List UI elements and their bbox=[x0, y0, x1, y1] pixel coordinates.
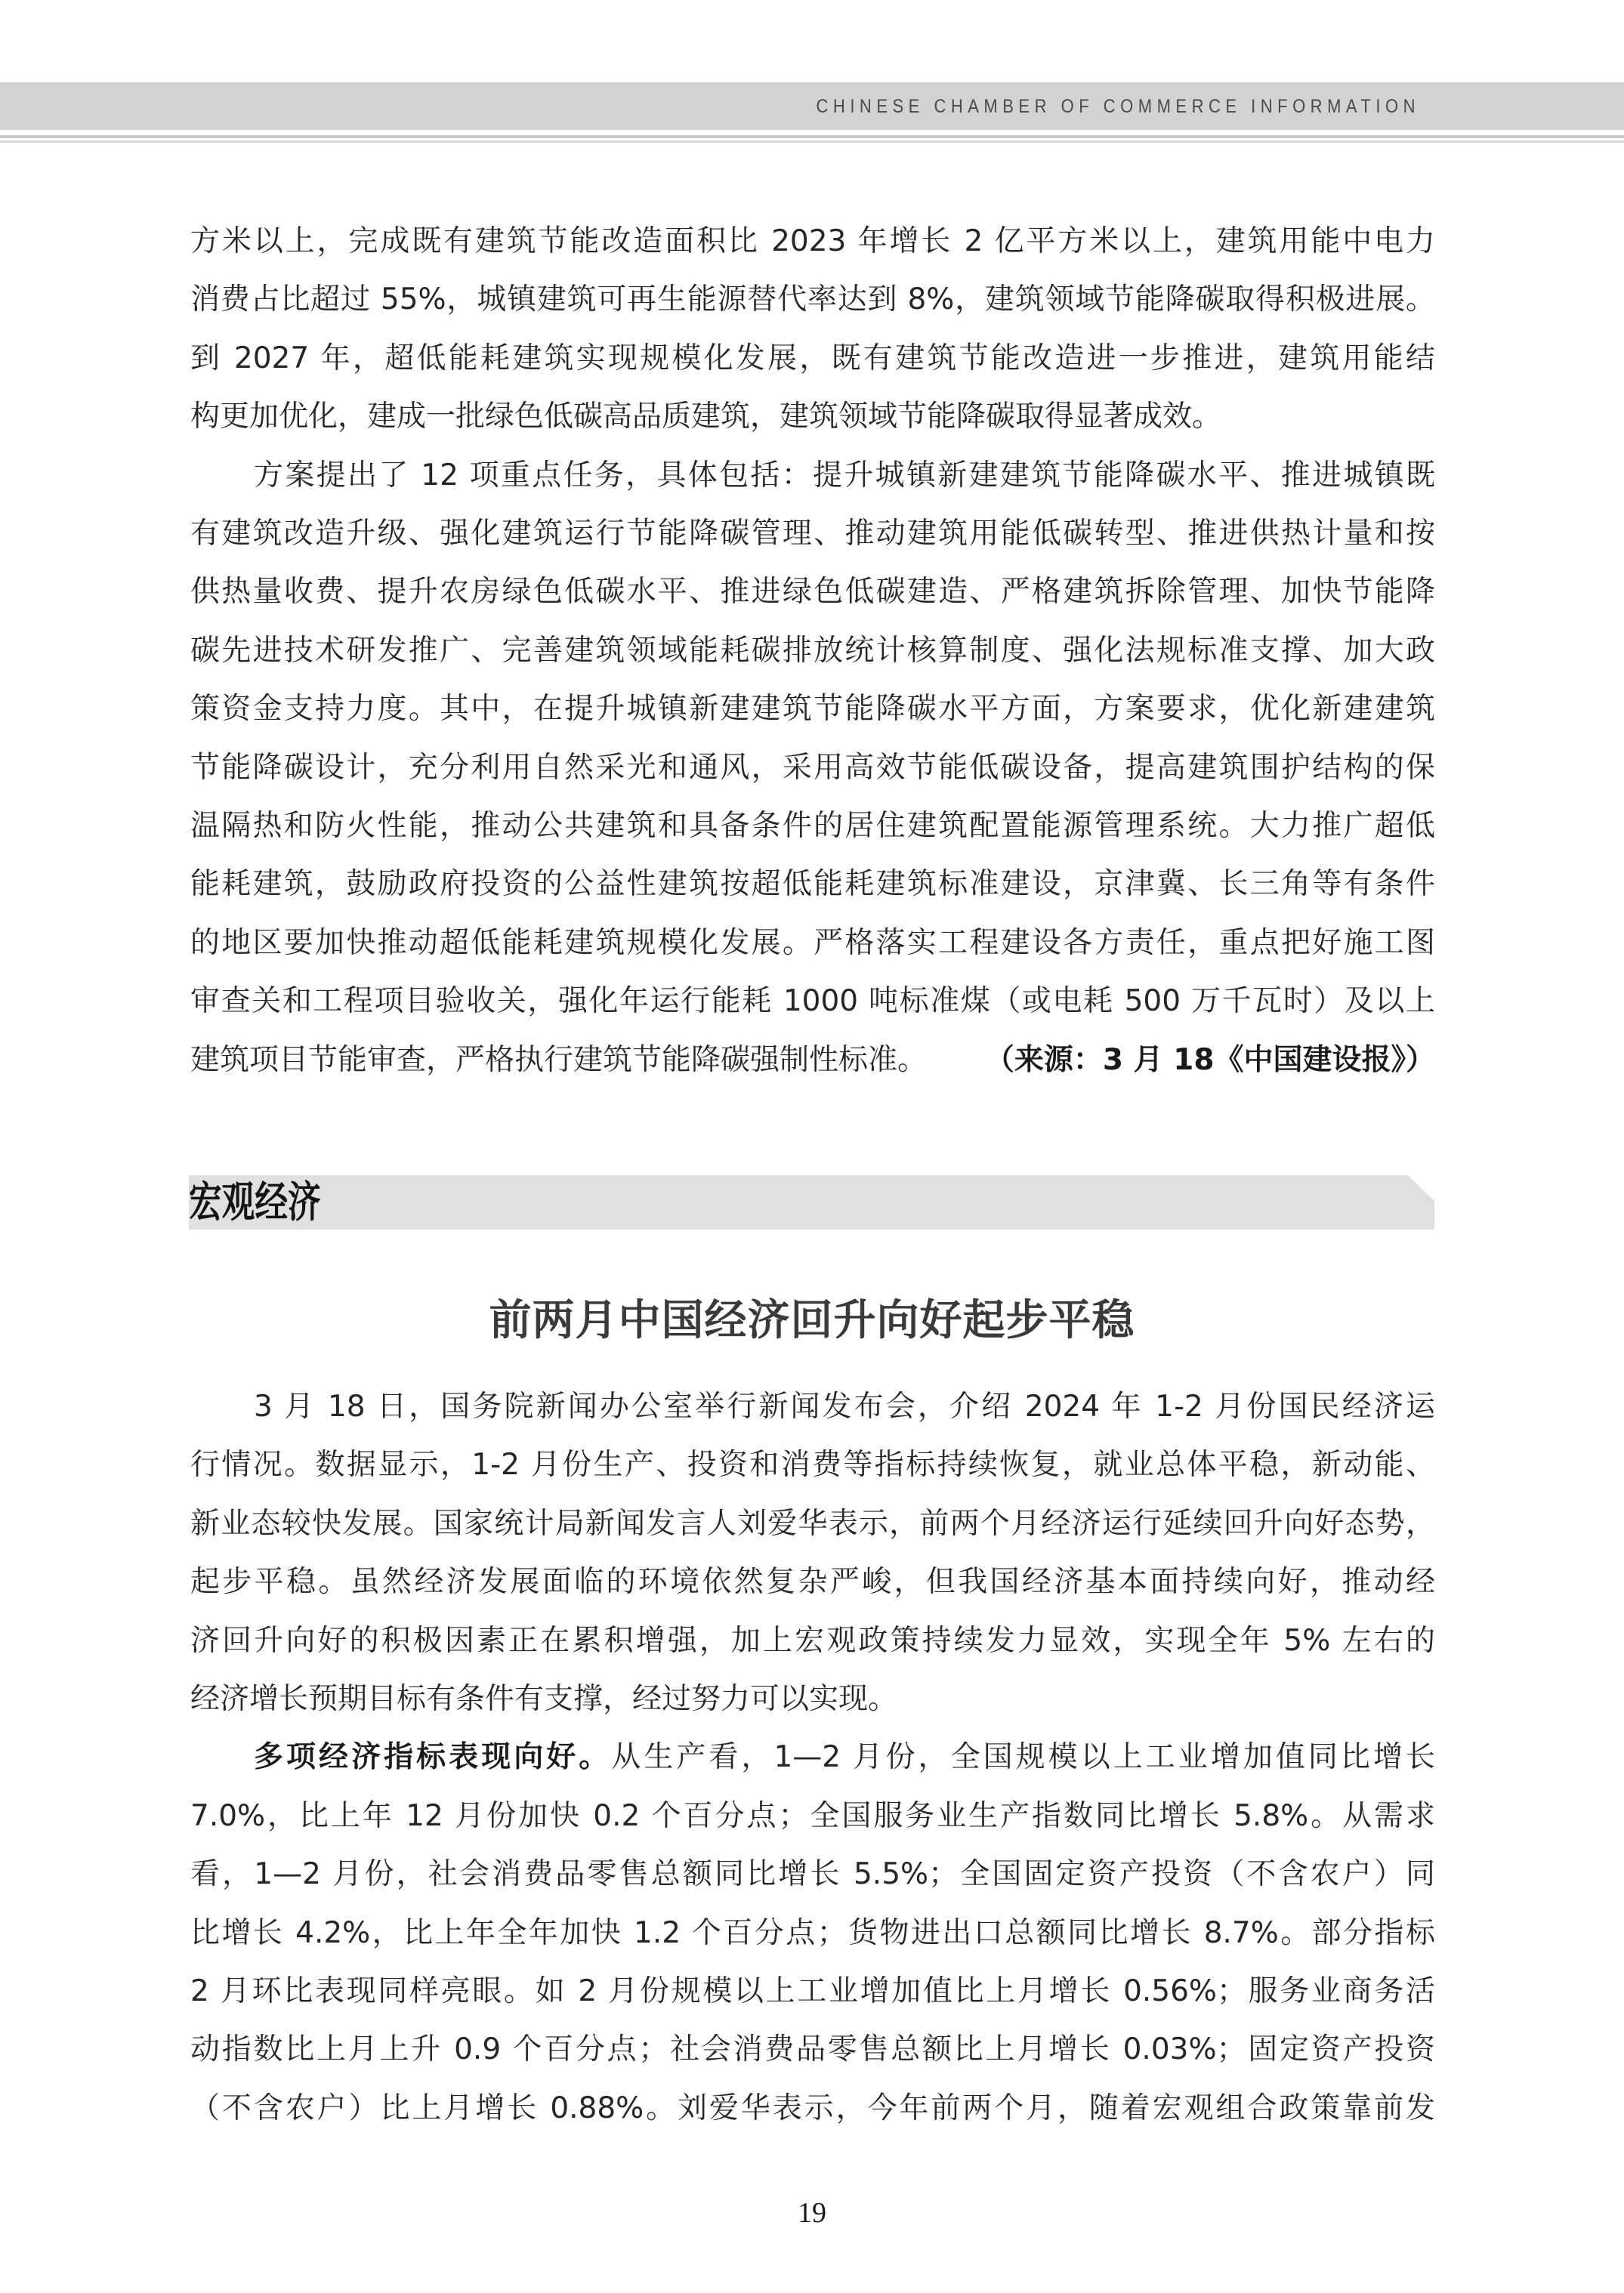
text-line: 能耗建筑，鼓励政府投资的公益性建筑按超低能耗建筑标准建设，京津冀、长三角等有条件 bbox=[190, 866, 1435, 903]
header-rule-bottom bbox=[0, 140, 1624, 143]
text-line: 2 月环比表现同样亮眼。如 2 月份规模以上工业增加值比上月增长 0.56%；服… bbox=[190, 1973, 1435, 2011]
text-line: 起步平稳。虽然经济发展面临的环境依然复杂严峻，但我国经济基本面持续向好，推动经 bbox=[190, 1563, 1435, 1601]
text-line: 行情况。数据显示，1-2 月份生产、投资和消费等指标持续恢复，就业总体平稳，新动… bbox=[190, 1446, 1435, 1484]
text-line: 方米以上，完成既有建筑节能改造面积比 2023 年增长 2 亿平方米以上，建筑用… bbox=[190, 223, 1435, 261]
text-line: 动指数比上月上升 0.9 个百分点；社会消费品零售总额比上月增长 0.03%；固… bbox=[190, 2031, 1435, 2069]
text-line: 审查关和工程项目验收关，强化年运行能耗 1000 吨标准煤（或电耗 500 万千… bbox=[190, 983, 1435, 1020]
text-line: 新业态较快发展。国家统计局新闻发言人刘爱华表示，前两个月经济运行延续回升向好态势… bbox=[190, 1505, 1435, 1543]
running-header-title: CHINESE CHAMBER OF COMMERCE INFORMATION bbox=[808, 91, 1420, 122]
source-citation: （来源：3 月 18《中国建设报》） bbox=[190, 1042, 1435, 1079]
text-line: 的地区要加快推动超低能耗建筑规模化发展。严格落实工程建设各方责任，重点把好施工图 bbox=[190, 924, 1435, 962]
header-rule-top bbox=[0, 135, 1624, 138]
text-run: 从生产看，1—2 月份，全国规模以上工业增加值同比增长 bbox=[611, 1740, 1435, 1774]
page-number: 19 bbox=[0, 2196, 1624, 2230]
text-line: 温隔热和防火性能，推动公共建筑和具备条件的居住建筑配置能源管理系统。大力推广超低 bbox=[190, 807, 1435, 845]
section-header-band bbox=[189, 1175, 1434, 1230]
article-title: 前两月中国经济回升向好起步平稳 bbox=[0, 1298, 1624, 1344]
text-line: （不含农户）比上月增长 0.88%。刘爱华表示，今年前两个月，随着宏观组合政策靠… bbox=[190, 2090, 1435, 2128]
text-line: 济回升向好的积极因素正在累积增强，加上宏观政策持续发力显效，实现全年 5% 左右… bbox=[190, 1622, 1435, 1660]
text-line: 经济增长预期目标有条件有支撑，经过努力可以实现。 bbox=[190, 1680, 1435, 1718]
bold-lead: 多项经济指标表现向好。 bbox=[254, 1740, 611, 1774]
text-line: 看，1—2 月份，社会消费品零售总额同比增长 5.5%；全国固定资产投资（不含农… bbox=[190, 1856, 1435, 1893]
section-title: 宏观经济 bbox=[189, 1175, 321, 1230]
text-line: 到 2027 年，超低能耗建筑实现规模化发展，既有建筑节能改造进一步推进，建筑用… bbox=[190, 340, 1435, 378]
text-line: 消费占比超过 55%，城镇建筑可再生能源替代率达到 8%，建筑领域节能降碳取得积… bbox=[190, 281, 1435, 319]
text-line: 供热量收费、提升农房绿色低碳水平、推进绿色低碳建造、严格建筑拆除管理、加快节能降 bbox=[190, 573, 1435, 611]
text-line: 方案提出了 12 项重点任务，具体包括：提升城镇新建建筑节能降碳水平、推进城镇既 bbox=[254, 457, 1435, 495]
text-line: 比增长 4.2%，比上年全年加快 1.2 个百分点；货物进出口总额同比增长 8.… bbox=[190, 1915, 1435, 1952]
text-line: 多项经济指标表现向好。从生产看，1—2 月份，全国规模以上工业增加值同比增长 bbox=[254, 1739, 1435, 1776]
text-line: 节能降碳设计，充分利用自然采光和通风，采用高效节能低碳设备，提高建筑围护结构的保 bbox=[190, 749, 1435, 787]
text-line: 构更加优化，建成一批绿色低碳高品质建筑，建筑领域节能降碳取得显著成效。 bbox=[190, 398, 1435, 436]
text-line: 策资金支持力度。其中，在提升城镇新建建筑节能降碳水平方面，方案要求，优化新建建筑 bbox=[190, 690, 1435, 728]
text-line: 有建筑改造升级、强化建筑运行节能降碳管理、推动建筑用能低碳转型、推进供热计量和按 bbox=[190, 515, 1435, 553]
text-line: 碳先进技术研发推广、完善建筑领域能耗碳排放统计核算制度、强化法规标准支撑、加大政 bbox=[190, 632, 1435, 670]
text-line: 3 月 18 日，国务院新闻办公室举行新闻发布会，介绍 2024 年 1-2 月… bbox=[254, 1388, 1435, 1426]
text-line: 7.0%，比上年 12 月份加快 0.2 个百分点；全国服务业生产指数同比增长 … bbox=[190, 1798, 1435, 1835]
